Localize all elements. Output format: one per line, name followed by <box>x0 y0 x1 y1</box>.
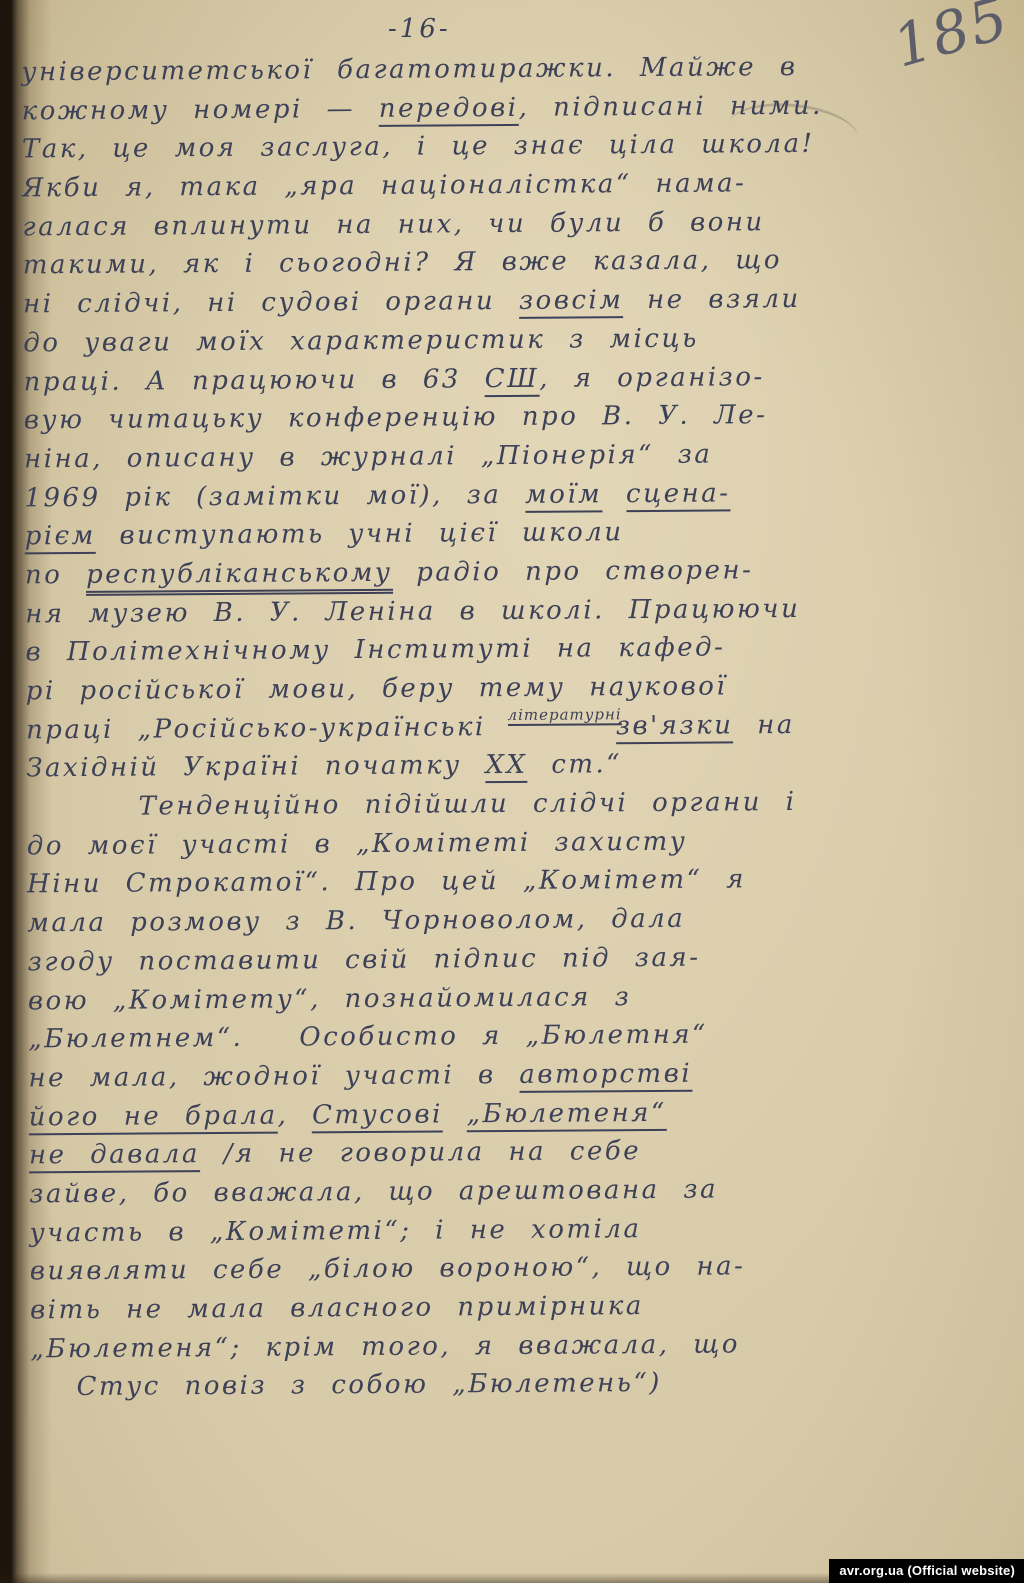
handwritten-line: праці. А працюючи в 63 СШ, я організо- <box>23 356 985 401</box>
text-segment: /я не говорила на себе <box>200 1136 641 1169</box>
underlined-text: „Бюлетеня“ <box>467 1097 667 1131</box>
document-scan: -16- 185 університетської багатотиражки.… <box>0 0 1024 1583</box>
text-segment <box>602 479 626 509</box>
underlined-text: сцена- <box>626 478 731 512</box>
text-segment: вую читацьку конференцію про В. У. Ле- <box>24 400 768 435</box>
text-segment: , <box>277 1100 312 1130</box>
handwritten-line: в Політехнічному Інституті на кафед- <box>25 627 987 672</box>
text-segment: по <box>25 560 86 590</box>
underlined-text: передові <box>379 93 519 127</box>
underlined-text: рієм <box>25 521 96 554</box>
page-number: -16- <box>388 14 451 44</box>
handwritten-line: 1969 рік (замітки мої), за моїм сцена- <box>24 472 986 517</box>
text-segment: „Бюлетеня“; крім того, я вважала, що <box>30 1329 740 1364</box>
double-underlined-text: республіканському <box>86 558 393 596</box>
underlined-text: моїм <box>525 479 602 513</box>
text-segment: Західній Україні початку <box>26 751 485 784</box>
handwritten-line: зайве, бо вважала, що арештована за <box>29 1169 991 1214</box>
text-segment: , я організо- <box>539 362 765 394</box>
text-segment: такими, як і сьогодні? Я вже казала, що <box>23 246 782 281</box>
text-segment: згоду поставити свій підпис під зая- <box>28 942 701 977</box>
handwritten-line: галася вплинути на них, чи були б вони <box>22 201 984 246</box>
text-segment: „Бюлетнем“. <box>28 1023 243 1055</box>
text-segment: в Політехнічному Інституті на кафед- <box>25 633 725 668</box>
text-segment: галася вплинути на них, чи були б вони <box>22 207 764 242</box>
underlined-text: СШ <box>485 363 540 396</box>
text-segment: університетської багатотиражки. Майже в <box>21 52 797 87</box>
text-segment: праці „Російсько-українські <box>26 712 510 745</box>
text-segment: Так, це моя заслуга, і це знає ціла школ… <box>22 129 815 165</box>
text-segment: до уваги моїх характеристик з місць <box>23 323 699 358</box>
handwritten-line: рієм виступають учні цієї школи <box>25 511 987 556</box>
text-segment: Якби я, така „яра націоналістка“ нама- <box>22 168 746 203</box>
underlined-text: XX <box>485 750 527 783</box>
handwritten-line: рі російської мови, беру тему наукової <box>26 666 988 711</box>
text-segment: ня музею В. У. Леніна в школі. Працюючи <box>25 594 800 629</box>
handwritten-line: по республіканському радіо про створен- <box>25 550 987 595</box>
text-segment: Тенденційно підійшли слідчі органи і <box>138 787 796 822</box>
text-segment: не взяли <box>623 284 801 315</box>
underlined-text: Стусові <box>312 1099 443 1133</box>
handwritten-line: Якби я, така „яра націоналістка“ нама- <box>22 163 984 208</box>
handwritten-line: Західній Україні початку XX ст.“ <box>26 743 988 788</box>
text-segment: участь в „Комітеті“; і не хотіла <box>29 1214 641 1248</box>
watermark-credit: avr.org.ua (Official website) <box>829 1559 1024 1583</box>
handwritten-line: такими, як і сьогодні? Я вже казала, що <box>23 240 985 285</box>
handwritten-line: „Бюлетеня“; крім того, я вважала, що <box>30 1323 992 1368</box>
text-segment: виступають учні цієї школи <box>96 517 624 551</box>
handwritten-line: праці „Російсько-українські літературніз… <box>26 704 988 749</box>
handwritten-line: університетської багатотиражки. Майже в <box>21 47 983 92</box>
text-segment: Особисто я „Бюлетня“ <box>299 1020 708 1053</box>
handwritten-line: до моєї участі в „Комітеті захисту <box>27 820 989 865</box>
handwritten-line: Стус повіз з собою „Бюлетень“) <box>30 1362 992 1407</box>
handwritten-line: ня музею В. У. Леніна в школі. Працюючи <box>25 588 987 633</box>
text-segment: мала розмову з В. Чорноволом, дала <box>27 904 685 939</box>
underlined-text: його не брала <box>29 1100 278 1135</box>
handwritten-line: Тенденційно підійшли слідчі органи і <box>26 782 988 827</box>
handwritten-line: мала розмову з В. Чорноволом, дала <box>27 898 989 943</box>
handwritten-line: ніна, описану в журналі „Піонерія“ за <box>24 434 986 479</box>
text-segment <box>443 1099 467 1129</box>
text-segment: віть не мала власного примірника <box>30 1291 644 1325</box>
text-segment: ст.“ <box>527 750 622 781</box>
handwritten-line: участь в „Комітеті“; і не хотіла <box>29 1207 991 1252</box>
underlined-text: зв'язки <box>616 710 734 744</box>
text-segment: ні слідчі, ні судові органи <box>23 286 519 319</box>
handwritten-line: Так, це моя заслуга, і це знає ціла школ… <box>22 124 984 169</box>
text-segment: не мала, жодної участі в <box>28 1060 519 1093</box>
handwritten-line: віть не мала власного примірника <box>30 1285 992 1330</box>
underlined-text: авторстві <box>519 1059 692 1093</box>
underlined-text: не давала <box>29 1139 200 1173</box>
underlined-text: зовсім <box>519 285 624 319</box>
handwritten-line: Ніни Строкатої“. Про цей „Комітет“ я <box>27 859 989 904</box>
text-segment: Стус повіз з собою „Бюлетень“) <box>76 1368 661 1402</box>
text-segment: 1969 рік (замітки мої), за <box>24 479 525 512</box>
text-segment: кожному номері — <box>22 94 379 126</box>
handwritten-line: „Бюлетнем“.Особисто я „Бюлетня“ <box>28 1014 990 1059</box>
handwritten-line: кожному номері — передові, підписані ним… <box>22 85 984 130</box>
handwritten-line: згоду поставити свій підпис під зая- <box>27 936 989 981</box>
text-segment: до моєї участі в „Комітеті захисту <box>27 826 688 861</box>
handwritten-line: не мала, жодної участі в авторстві <box>28 1053 990 1098</box>
text-segment: зайве, бо вважала, що арештована за <box>29 1174 718 1209</box>
handwritten-line: ні слідчі, ні судові органи зовсім не вз… <box>23 279 985 324</box>
handwritten-line: вую читацьку конференцію про В. У. Ле- <box>24 395 986 440</box>
text-segment: виявляти себе „білою вороною“, що на- <box>30 1252 746 1287</box>
text-segment: рі російської мови, беру тему наукової <box>26 671 728 706</box>
handwritten-line: до уваги моїх характеристик з місць <box>23 317 985 362</box>
text-segment: ніна, описану в журналі „Піонерія“ за <box>24 439 712 474</box>
handwritten-line: його не брала, Стусові „Бюлетеня“ <box>29 1091 991 1136</box>
inserted-word: літературні <box>507 705 621 726</box>
text-segment: вою „Комітету“, познайомилася з <box>28 982 632 1016</box>
text-segment: праці. А працюючи в 63 <box>23 364 484 397</box>
text-segment: радіо про створен- <box>392 555 753 588</box>
handwritten-line: не давала /я не говорила на себе <box>29 1130 991 1175</box>
text-segment: , підписані ними. <box>518 90 822 122</box>
handwritten-text: університетської багатотиражки. Майже вк… <box>21 47 992 1408</box>
text-segment: Ніни Строкатої“. Про цей „Комітет“ я <box>27 865 746 900</box>
text-segment: на <box>733 710 795 740</box>
handwritten-line: виявляти себе „білою вороною“, що на- <box>30 1246 992 1291</box>
handwritten-line: вою „Комітету“, познайомилася з <box>28 975 990 1020</box>
